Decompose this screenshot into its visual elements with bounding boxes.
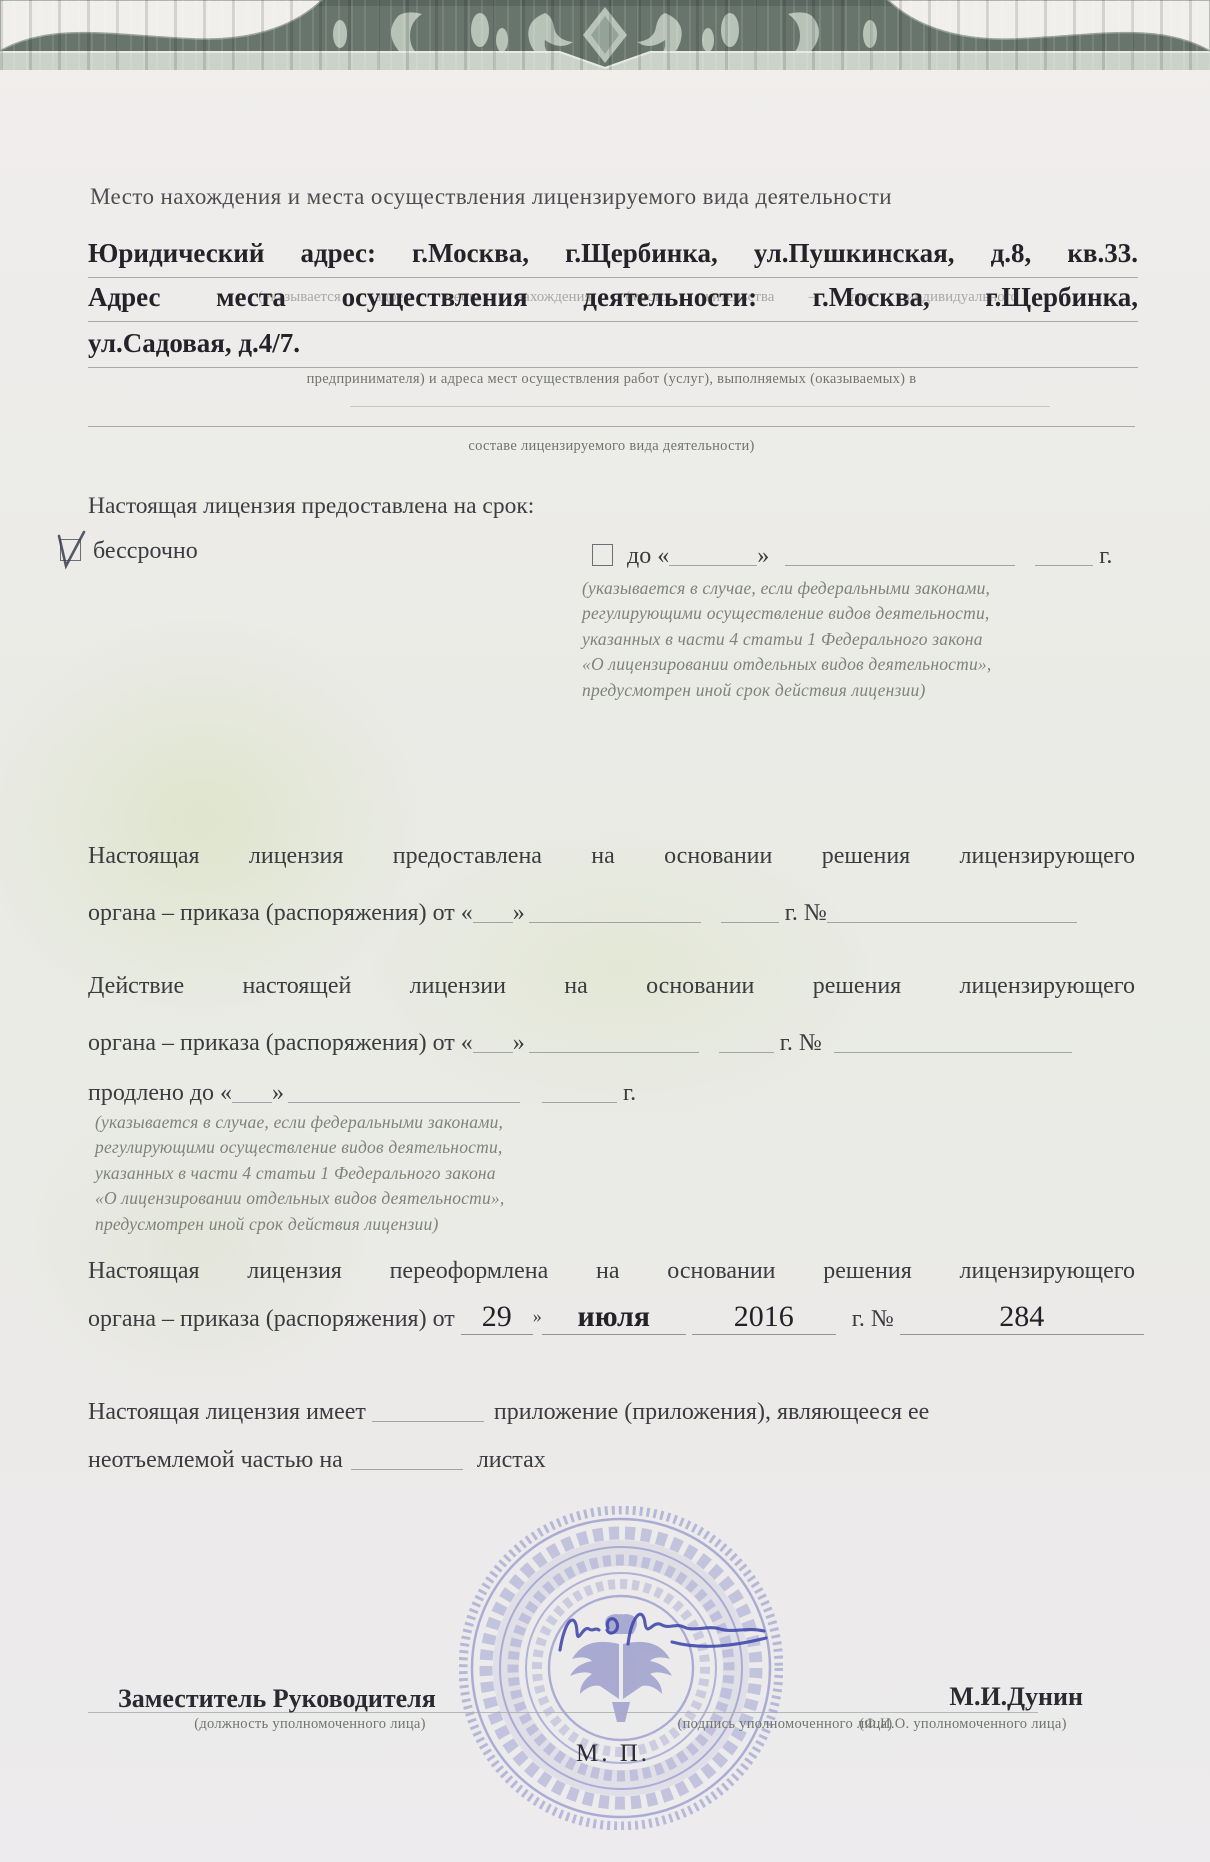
blank-line	[372, 1397, 484, 1422]
blank-line	[721, 898, 779, 923]
reissued-line-1: Настоящая лицензия переоформлена на осно…	[88, 1258, 1135, 1285]
guilloche-border	[0, 0, 1210, 70]
signatory-position: Заместитель Руководителя	[118, 1684, 436, 1714]
note-line: «О лицензировании отдельных видов деятел…	[95, 1186, 660, 1211]
blank-line	[529, 898, 701, 923]
note-line: (указывается в случае, если федеральными…	[95, 1110, 660, 1135]
extended-line-1: Действие настоящей лицензии на основании…	[88, 973, 1135, 1000]
attachments-line-1: Настоящая лицензия имеетприложение (прил…	[88, 1394, 1135, 1426]
license-document-page: Место нахождения и места осуществления л…	[0, 0, 1210, 1862]
reissued-prefix: органа – приказа (распоряжения) от	[88, 1306, 455, 1332]
activity-address-text-2: ул.Садовая, д.4/7.	[88, 328, 300, 358]
blank-rule	[88, 426, 1135, 427]
note-line: регулирующими осуществление видов деятел…	[582, 601, 1147, 626]
guilloche-border-art	[0, 0, 1210, 70]
attachments-prefix: Настоящая лицензия имеет	[88, 1399, 366, 1425]
reissued-line-2: органа – приказа (распоряжения) от 29»ию…	[88, 1302, 1135, 1335]
blank-line	[785, 541, 1015, 566]
legal-address-line: Юридический адрес: г.Москва, г.Щербинка,…	[88, 240, 1138, 278]
reissued-day: 29	[461, 1302, 533, 1335]
note-line: регулирующими осуществление видов деятел…	[95, 1135, 660, 1160]
name-caption: (Ф.И.О. уполномоченного лица)	[838, 1716, 1088, 1733]
term-until-option: до «» г.	[592, 538, 1112, 570]
note-line: «О лицензировании отдельных видов деятел…	[582, 652, 1147, 677]
guilloche-watermark	[0, 540, 520, 1100]
form-caption-line-1: предпринимателя) и адреса мест осуществл…	[88, 371, 1135, 388]
attachments-line-2: неотъемлемой частью налистах	[88, 1442, 546, 1474]
blank-line	[232, 1078, 272, 1103]
prolong-prefix: продлено до «	[88, 1080, 232, 1106]
signatory-name: М.И.Дунин	[868, 1682, 1083, 1712]
granted-year-label: г. №	[785, 900, 827, 926]
blank-line	[473, 898, 513, 923]
quote-mark: »	[272, 1080, 284, 1106]
extended-line-3: продлено до «» г.	[88, 1075, 636, 1107]
form-caption-line-2: составе лицензируемого вида деятельности…	[88, 438, 1135, 455]
blank-line	[1035, 541, 1093, 566]
blank-rule	[350, 406, 1050, 407]
term-heading: Настоящая лицензия предоставлена на срок…	[88, 493, 534, 520]
blank-line	[669, 541, 757, 566]
reissued-year-label: г. №	[852, 1306, 894, 1332]
quote-mark: »	[533, 1306, 542, 1326]
legal-address-text: Юридический адрес: г.Москва, г.Щербинка,…	[88, 238, 1138, 268]
until-prefix: до «	[627, 543, 669, 569]
extended-prefix: органа – приказа (распоряжения) от «	[88, 1030, 473, 1056]
activity-address-line-2: ул.Садовая, д.4/7.	[88, 322, 1138, 368]
term-note: (указывается в случае, если федеральными…	[582, 576, 1147, 703]
blank-line	[288, 1078, 520, 1103]
blank-line	[529, 1028, 699, 1053]
handwritten-signature	[552, 1596, 792, 1676]
quote-mark: »	[513, 900, 525, 926]
address-block: Юридический адрес: г.Москва, г.Щербинка,…	[88, 240, 1138, 368]
blank-line	[719, 1028, 774, 1053]
section-title: Место нахождения и места осуществления л…	[90, 184, 1137, 210]
reissued-number: 284	[900, 1302, 1144, 1335]
attachments-line2-suffix: листах	[477, 1447, 546, 1473]
until-suffix: г.	[1099, 543, 1112, 569]
note-line: предусмотрен иной срок действия лицензии…	[582, 678, 1147, 703]
quote-mark: »	[513, 1030, 525, 1056]
activity-address-text: Адрес места осуществления деятельности: …	[88, 282, 1138, 312]
handwritten-check-icon	[53, 530, 89, 574]
granted-line-2: органа – приказа (распоряжения) от «» г.…	[88, 895, 1135, 927]
prolong-suffix: г.	[623, 1080, 636, 1106]
note-line: предусмотрен иной срок действия лицензии…	[95, 1212, 660, 1237]
granted-prefix: органа – приказа (распоряжения) от «	[88, 900, 473, 926]
extended-note: (указывается в случае, если федеральными…	[95, 1110, 660, 1237]
blank-line	[827, 898, 1077, 923]
reissued-year: 2016	[692, 1302, 836, 1335]
extended-year-label: г. №	[780, 1030, 822, 1056]
attachments-line2-prefix: неотъемлемой частью на	[88, 1447, 343, 1473]
quote-mark: »	[757, 543, 769, 569]
blank-line	[473, 1028, 513, 1053]
note-line: указанных в части 4 статьи 1 Федеральног…	[95, 1161, 660, 1186]
until-checkbox	[592, 544, 613, 566]
blank-line	[542, 1078, 617, 1103]
indefinite-checkbox	[60, 538, 81, 565]
term-indefinite-option: бессрочно	[60, 538, 198, 565]
position-caption: (должность уполномоченного лица)	[100, 1716, 520, 1733]
activity-address-line: (указывается адрес места нахождения (мес…	[88, 278, 1138, 322]
note-line: (указывается в случае, если федеральными…	[582, 576, 1147, 601]
reissued-month: июля	[542, 1302, 686, 1335]
indefinite-label: бессрочно	[93, 538, 198, 564]
attachments-suffix: приложение (приложения), являющееся ее	[494, 1399, 929, 1425]
extended-line-2: органа – приказа (распоряжения) от «» г.…	[88, 1025, 1135, 1057]
stamp-place-mark: М. П.	[576, 1740, 650, 1768]
blank-line	[834, 1028, 1072, 1053]
granted-line-1: Настоящая лицензия предоставлена на осно…	[88, 843, 1135, 870]
blank-line	[351, 1445, 463, 1470]
note-line: указанных в части 4 статьи 1 Федеральног…	[582, 627, 1147, 652]
